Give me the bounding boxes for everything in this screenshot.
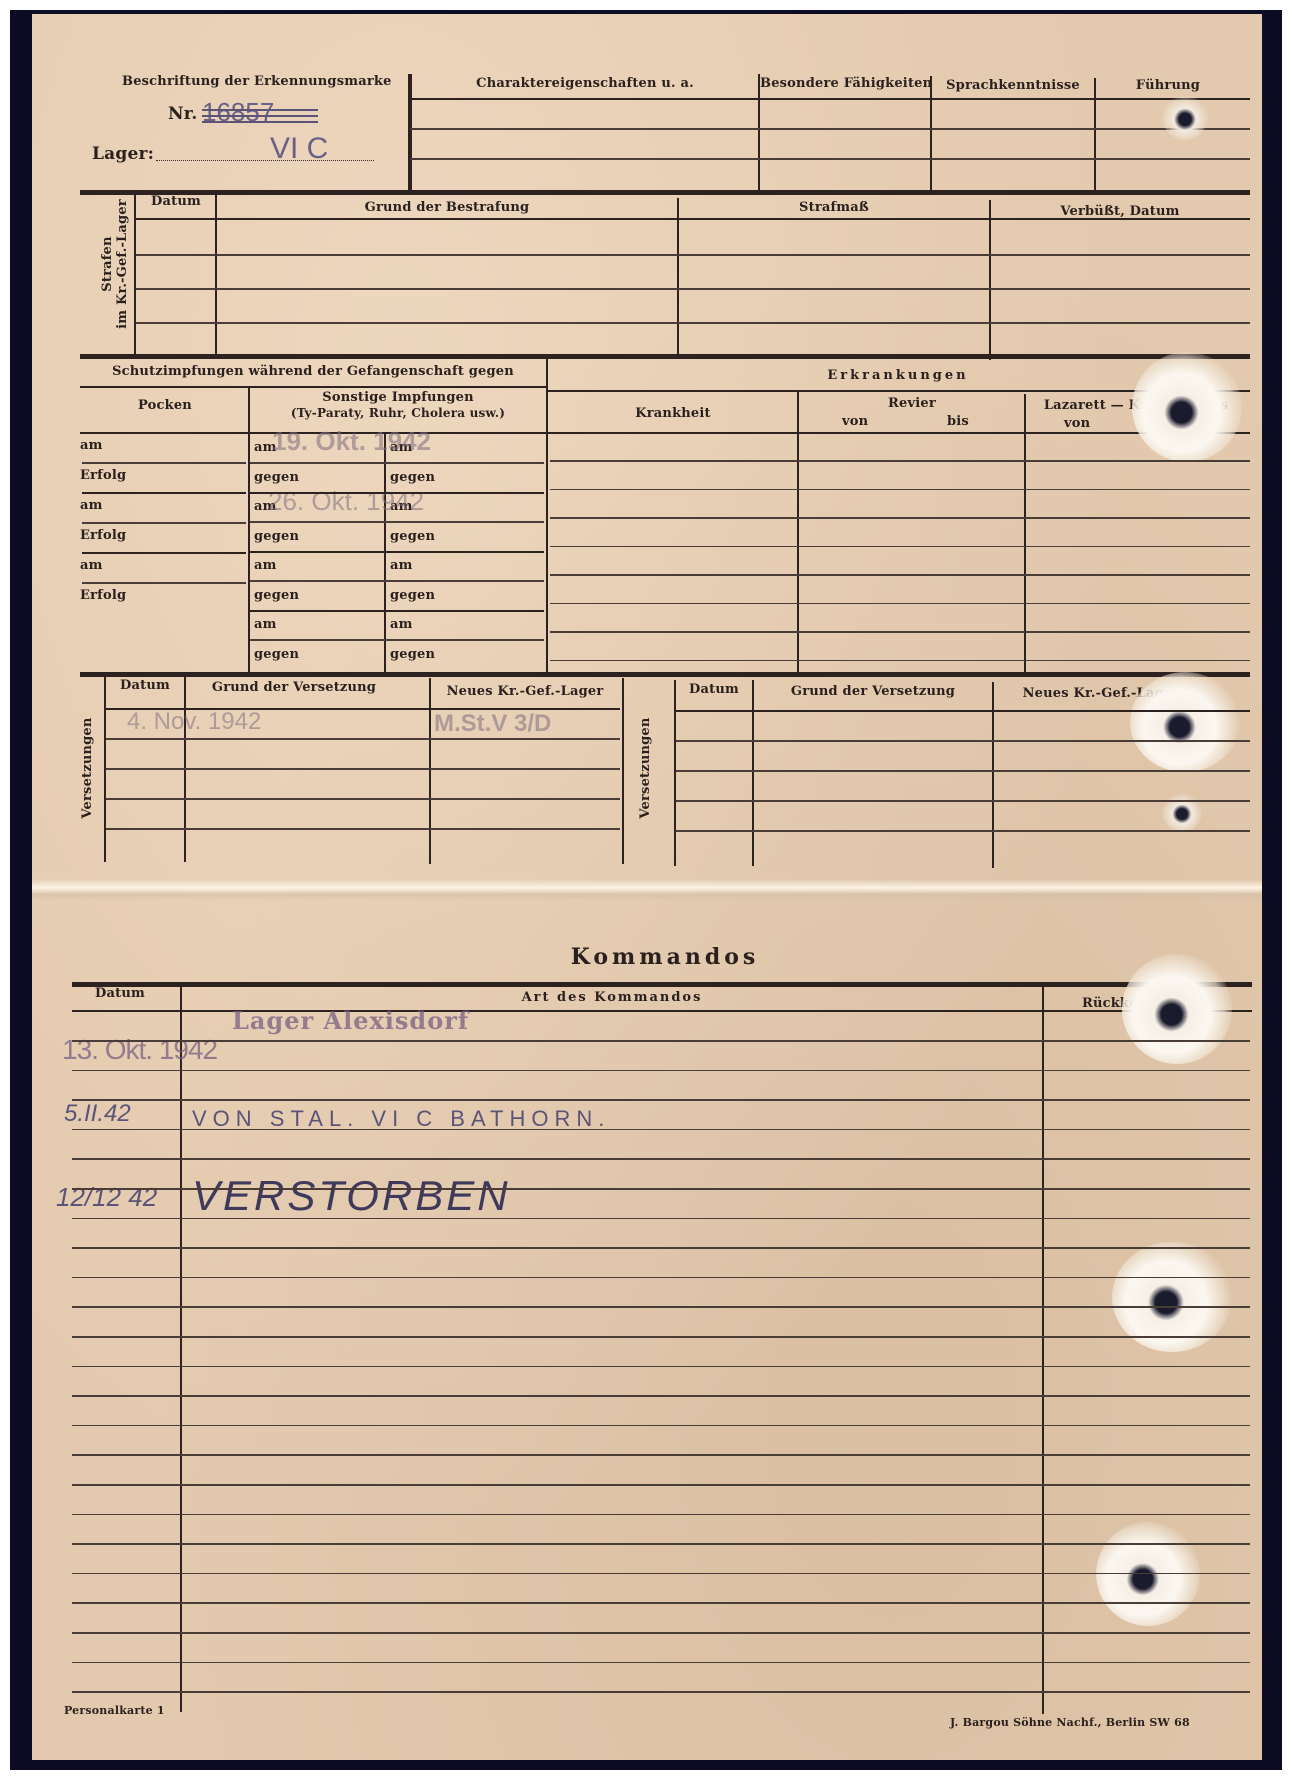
kommando-entry-3-date: 12/12 42	[56, 1182, 157, 1213]
divider	[752, 680, 754, 866]
other-vacc-row-label: am	[390, 558, 413, 573]
rule	[72, 1277, 1250, 1279]
divider	[248, 388, 250, 674]
kommando-entry-1-date: 13. Okt. 1942	[62, 1034, 217, 1066]
revier-bis: bis	[947, 414, 969, 429]
pocken-row-label: Erfolg	[80, 588, 126, 603]
other-vacc-row-label: gegen	[390, 529, 435, 544]
punish-col-date: Datum	[136, 194, 216, 209]
rule	[250, 462, 544, 464]
rule	[250, 580, 544, 582]
printer-imprint: J. Bargou Söhne Nachf., Berlin SW 68	[950, 1716, 1190, 1729]
other-vacc-row-label: gegen	[254, 529, 299, 544]
strike-line	[202, 115, 318, 117]
col-character: Charaktereigenschaften u. a.	[412, 76, 758, 91]
punch-hole	[1162, 94, 1208, 140]
rule	[106, 738, 620, 740]
rule	[72, 1366, 1250, 1368]
other-vacc-row-label: gegen	[254, 470, 299, 485]
rule	[676, 740, 1250, 742]
pocken-row-label: Erfolg	[80, 528, 126, 543]
rule	[72, 1454, 1250, 1456]
transfers-side-label-left: Versetzungen	[80, 698, 104, 838]
other-vacc-row-label: gegen	[390, 588, 435, 603]
rule	[250, 610, 544, 612]
nr-label: Nr.	[168, 104, 197, 124]
lager-label: Lager:	[92, 144, 154, 164]
kommando-entry-2-date: 5.II.42	[64, 1100, 131, 1128]
divider	[408, 74, 412, 194]
punch-hole	[1162, 792, 1202, 832]
punish-col-reason: Grund der Bestrafung	[217, 200, 677, 215]
rule	[72, 1247, 1250, 1249]
divider	[429, 678, 431, 864]
other-vacc-row-label: gegen	[390, 470, 435, 485]
divider	[1042, 986, 1044, 1714]
divider	[622, 678, 624, 864]
other-vacc-row-label: gegen	[390, 647, 435, 662]
rule	[80, 672, 1250, 677]
rule	[676, 830, 1250, 832]
rule	[550, 517, 1250, 519]
rule	[72, 1040, 1250, 1042]
rule	[250, 492, 544, 494]
rule	[676, 710, 1250, 712]
transfer-col-reason-2: Grund der Versetzung	[754, 684, 992, 699]
rule	[80, 386, 546, 388]
illness-col-disease: Krankheit	[548, 406, 798, 421]
divider	[384, 434, 386, 674]
hospital-von: von	[1064, 416, 1090, 431]
pocken-row-label: Erfolg	[80, 468, 126, 483]
other-vacc-row-label: am	[254, 617, 277, 632]
rule	[550, 546, 1250, 548]
punch-hole	[1130, 672, 1240, 772]
rule	[72, 1395, 1250, 1397]
rule	[136, 288, 1250, 290]
rule	[72, 1188, 1250, 1190]
rule	[106, 768, 620, 770]
rule	[72, 1306, 1250, 1308]
rule	[136, 218, 1250, 220]
rule	[80, 190, 1250, 195]
pocken-label: Pocken	[80, 398, 250, 413]
kommando-col-date: Datum	[72, 986, 168, 1001]
punish-col-sentence: Strafmaß	[679, 200, 989, 215]
rule	[550, 489, 1250, 491]
divider	[1094, 78, 1096, 194]
other-vacc-label: Sonstige Impfungen	[250, 390, 546, 405]
rule	[72, 1543, 1250, 1545]
transfer-camp-stamp: M.St.V 3/D	[434, 710, 551, 738]
rule	[550, 631, 1250, 633]
divider	[758, 74, 760, 194]
paper-fold	[32, 879, 1262, 901]
rule	[72, 1099, 1250, 1101]
rule	[72, 1691, 1250, 1693]
kommando-entry-3-type: VERSTORBEN	[192, 1172, 511, 1220]
punishments-side-label: Strafen im Kr.-Gef.-Lager	[100, 194, 144, 334]
revier-von: von	[842, 414, 868, 429]
col-languages: Sprachkenntnisse	[932, 78, 1094, 93]
rule	[82, 522, 246, 524]
rule	[72, 1573, 1250, 1575]
lager-value: VI C	[270, 132, 328, 166]
rule	[410, 158, 1250, 160]
rule	[72, 1514, 1250, 1516]
kommandos-title: Kommandos	[80, 944, 1250, 970]
rule	[136, 322, 1250, 324]
rule	[250, 639, 544, 641]
form-name: Personalkarte 1	[64, 1704, 165, 1717]
illness-col-revier: Revier	[799, 396, 1025, 411]
other-vacc-sublabel: (Ty-Paraty, Ruhr, Cholera usw.)	[250, 406, 546, 420]
other-vacc-row-label: am	[254, 558, 277, 573]
rule	[550, 603, 1250, 605]
rule	[72, 1336, 1250, 1338]
divider	[677, 198, 679, 358]
strike-line	[202, 109, 318, 111]
vacc-stamp-1: 19. Okt. 1942	[272, 426, 431, 457]
rule	[550, 460, 1250, 462]
other-vacc-row-label: gegen	[254, 588, 299, 603]
transfers-side-label-right: Versetzungen	[638, 698, 662, 838]
rule	[72, 982, 1252, 987]
rule	[72, 1129, 1250, 1131]
rule	[550, 660, 1250, 662]
other-vacc-row-label: am	[390, 617, 413, 632]
pocken-row-label: am	[80, 438, 103, 453]
divider	[674, 680, 676, 866]
lager-dotted-line	[156, 160, 374, 161]
col-abilities: Besondere Fähigkeiten	[760, 76, 930, 91]
rule	[80, 432, 1250, 434]
rule	[106, 798, 620, 800]
punish-col-served: Verbüßt, Datum	[991, 204, 1249, 219]
rule	[550, 574, 1250, 576]
rule	[72, 1158, 1250, 1160]
transfer-col-date: Datum	[106, 678, 184, 693]
vaccinations-title: Schutzimpfungen während der Gefangenscha…	[80, 364, 546, 379]
rule	[82, 582, 246, 584]
rule	[72, 1632, 1250, 1634]
pocken-row-label: am	[80, 558, 103, 573]
col-conduct: Führung	[1098, 78, 1238, 93]
rule	[72, 1602, 1250, 1604]
rule	[82, 492, 246, 494]
personnel-card: Beschriftung der Erkennungsmarke Nr. 168…	[32, 14, 1262, 1760]
transfer-date-stamp: 4. Nov. 1942	[127, 708, 261, 736]
punch-hole	[1122, 954, 1232, 1064]
rule	[676, 800, 1250, 802]
rule	[136, 254, 1250, 256]
kommando-entry-1-type: Lager Alexisdorf	[232, 1006, 469, 1035]
rule	[250, 521, 544, 523]
rule	[250, 551, 544, 553]
rule	[410, 128, 1250, 130]
rule	[410, 98, 1250, 100]
rule	[72, 1484, 1250, 1486]
kommando-col-type: Art des Kommandos	[182, 990, 1042, 1005]
rule	[106, 708, 620, 710]
nr-value: 16857	[202, 97, 274, 128]
divider	[930, 76, 932, 194]
rule	[72, 1662, 1250, 1664]
other-vacc-row-label: gegen	[254, 647, 299, 662]
transfer-col-reason: Grund der Versetzung	[186, 680, 402, 695]
transfer-col-date-2: Datum	[676, 682, 752, 697]
punch-hole	[1132, 352, 1242, 462]
rule	[80, 354, 1250, 359]
rule	[72, 1070, 1250, 1072]
rule	[82, 552, 246, 554]
divider	[989, 200, 991, 360]
rule	[676, 770, 1250, 772]
strike-line	[202, 121, 318, 123]
id-tag-title: Beschriftung der Erkennungsmarke	[122, 74, 392, 89]
rule	[82, 462, 246, 464]
rule	[72, 1425, 1250, 1427]
rule	[106, 828, 620, 830]
pocken-row-label: am	[80, 498, 103, 513]
rule	[72, 1218, 1250, 1220]
transfer-col-camp: Neues Kr.-Gef.-Lager	[431, 684, 619, 699]
